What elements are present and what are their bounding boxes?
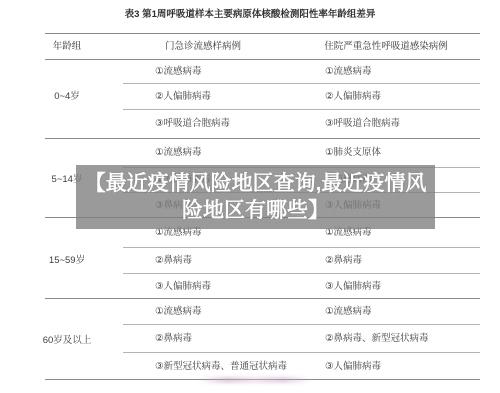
row-divider-line [123, 352, 480, 353]
row-divider-line [123, 324, 480, 325]
report-table-screenshot: 表3 第1周呼吸道样本主要病原体核酸检测阳性率年龄组差异 年龄组 门急诊流感样病… [0, 0, 500, 393]
virus-cell: ②鼻病毒 [155, 333, 192, 345]
virus-cell: ③人偏肺病毒 [325, 361, 381, 373]
group-separator-line [45, 298, 480, 299]
virus-cell: ②人偏肺病毒 [325, 91, 381, 103]
table-title: 表3 第1周呼吸道样本主要病原体核酸检测阳性率年龄组差异 [0, 9, 500, 21]
virus-cell: ①流感病毒 [155, 66, 202, 78]
virus-cell: ③人偏肺病毒 [155, 281, 211, 293]
virus-cell: ①流感病毒 [325, 306, 372, 318]
virus-cell: ①流感病毒 [155, 147, 202, 159]
virus-cell: ③新型冠状病毒、普通冠状病毒 [155, 361, 287, 373]
column-header-age: 年龄组 [12, 41, 122, 53]
header-bottom-rule [45, 59, 480, 60]
virus-cell: ②人偏肺病毒 [155, 91, 211, 103]
virus-cell: ③人偏肺病毒 [325, 281, 381, 293]
caption-overlay: 【最近疫情风险地区查询,最近疫情风 险地区有哪些】 [76, 165, 435, 229]
caption-line-1: 【最近疫情风险地区查询,最近疫情风 [85, 170, 427, 197]
caption-line-2: 险地区有哪些】 [182, 197, 329, 224]
row-divider-line [123, 273, 480, 274]
virus-cell: ①流感病毒 [325, 66, 372, 78]
age-group-label: 0~4岁 [12, 91, 122, 103]
virus-cell: ①肺炎支原体 [325, 147, 381, 159]
virus-cell: ③呼吸道合胞病毒 [325, 118, 400, 130]
watermark-smudge [198, 377, 312, 383]
virus-cell: ②鼻病毒 [155, 255, 192, 267]
row-divider-line [123, 109, 480, 110]
virus-cell: ①流感病毒 [155, 306, 202, 318]
virus-cell: ③呼吸道合胞病毒 [155, 118, 230, 130]
table-top-rule [45, 33, 480, 34]
group-separator-line [45, 138, 480, 139]
virus-cell: ②鼻病毒 [325, 255, 362, 267]
row-divider-line [123, 247, 480, 248]
column-header-outpatient: 门急诊流感样病例 [123, 41, 283, 53]
virus-cell: ②鼻病毒、新型冠状病毒 [325, 333, 429, 345]
age-group-label: 15~59岁 [12, 255, 122, 267]
column-header-inpatient: 住院严重急性呼吸道感染病例 [300, 41, 472, 53]
row-divider-line [123, 83, 480, 84]
age-group-label: 60岁及以上 [12, 335, 122, 347]
